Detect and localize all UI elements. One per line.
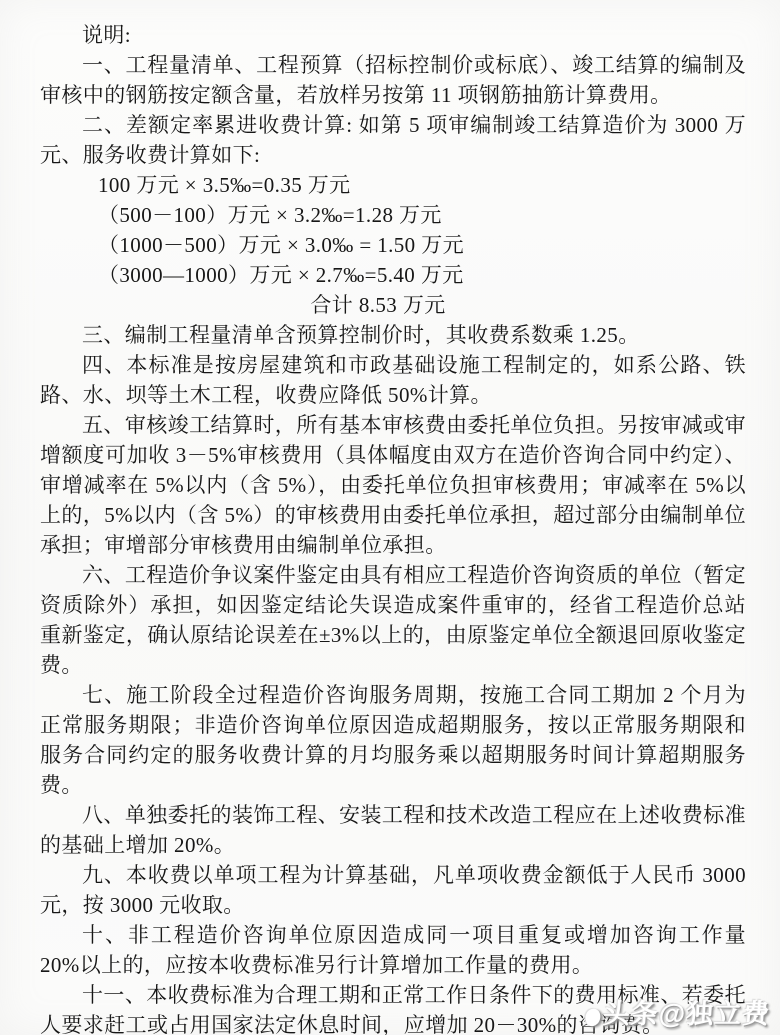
watermark-text: 头条@独立费 [601,999,770,1029]
note-item-2: 二、差额定率累进收费计算: 如第 5 项审编制竣工结算造价为 3000 万元、服… [40,110,746,170]
document-content: 说明: 一、工程量清单、工程预算（招标控制价或标底）、竣工结算的编制及审核中的钢… [0,0,780,1035]
note-item-9: 九、本收费以单项工程为计算基础，凡单项收费金额低于人民币 3000 元，按 30… [40,860,746,920]
note-item-5: 五、审核竣工结算时，所有基本审核费由委托单位负担。另按审减或审增额度可加收 3－… [40,410,746,560]
note-item-1: 一、工程量清单、工程预算（招标控制价或标底）、竣工结算的编制及审核中的钢筋按定额… [40,50,746,110]
fee-calc-line-3: （1000－500）万元 × 3.0‰ = 1.50 万元 [40,230,746,260]
note-item-8: 八、单独委托的装饰工程、安装工程和技术改造工程应在上述收费标准的基础上增加 20… [40,800,746,860]
fee-calc-line-2: （500－100）万元 × 3.2‰=1.28 万元 [40,200,746,230]
explanation-heading: 说明: [40,20,746,50]
note-item-4: 四、本标准是按房屋建筑和市政基础设施工程制定的，如系公路、铁路、水、坝等土木工程… [40,350,746,410]
fee-calc-line-4: （3000—1000）万元 × 2.7‰=5.40 万元 [40,260,746,290]
toutiao-logo-icon [583,1007,602,1028]
fee-calculation-example: 100 万元 × 3.5‰=0.35 万元 （500－100）万元 × 3.2‰… [40,170,746,320]
note-item-7: 七、施工阶段全过程造价咨询服务周期，按施工合同工期加 2 个月为正常服务期限；非… [40,680,746,800]
fee-calc-total: 合计 8.53 万元 [40,290,746,320]
note-item-3: 三、编制工程量清单含预算控制价时，其收费系数乘 1.25。 [40,320,746,350]
note-item-10: 十、非工程造价咨询单位原因造成同一项目重复或增加咨询工作量 20%以上的，应按本… [40,920,746,980]
fee-calc-line-1: 100 万元 × 3.5‰=0.35 万元 [40,170,746,200]
note-item-6: 六、工程造价争议案件鉴定由具有相应工程造价咨询资质的单位（暂定资质除外）承担，如… [40,560,746,680]
watermark: 头条@独立费 [583,992,771,1031]
document-page: 说明: 一、工程量清单、工程预算（招标控制价或标底）、竣工结算的编制及审核中的钢… [0,0,780,1035]
